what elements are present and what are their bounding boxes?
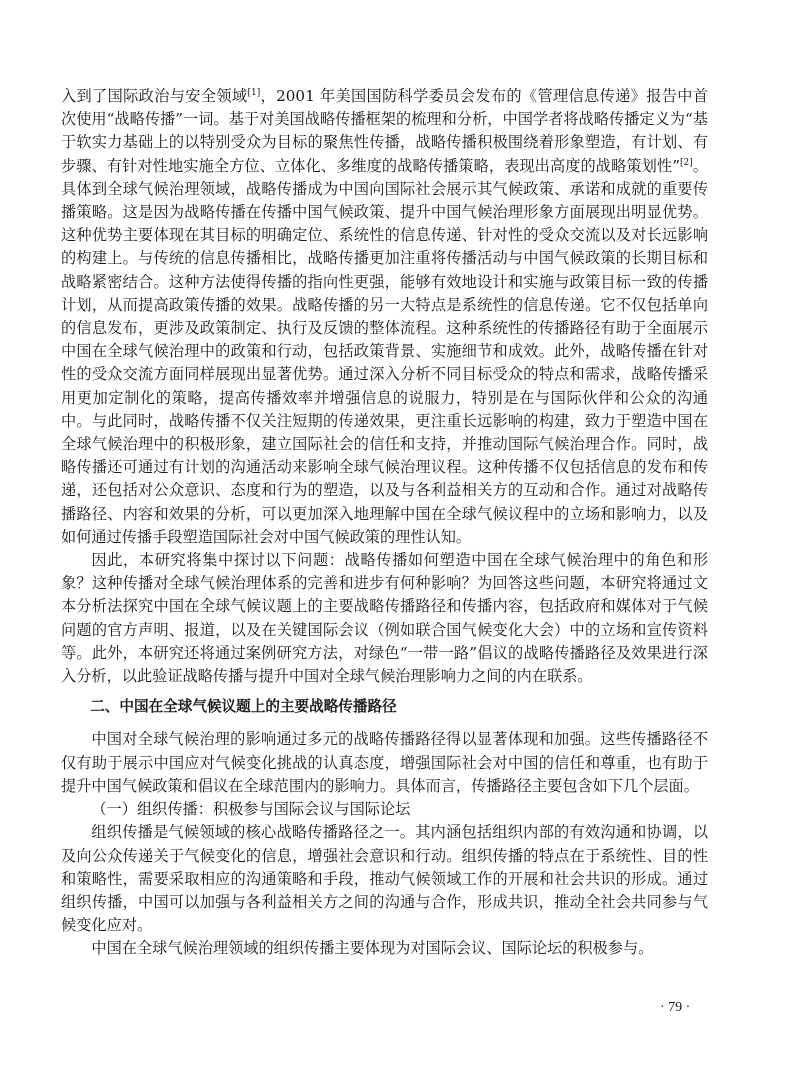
citation-ref-2: [2] [680,158,693,168]
document-page: 入到了国际政治与安全领域[1]，2001 年美国国防科学委员会发布的《管理信息传… [61,85,708,961]
page-number: · 79 · [660,1000,690,1016]
paragraph-research-questions: 因此，本研究将集中探讨以下问题：战略传播如何塑造中国在全球气候治理中的角色和形象… [61,549,708,688]
subsection-heading-1: （一）组织传播：积极参与国际会议与国际论坛 [61,798,708,821]
paragraph-intro-continued: 入到了国际政治与安全领域[1]，2001 年美国国防科学委员会发布的《管理信息传… [61,85,708,549]
paragraph-international-conferences: 中国在全球气候治理领域的组织传播主要体现为对国际会议、国际论坛的积极参与。 [61,937,708,960]
section-heading-2: 二、中国在全球气候议题上的主要战略传播路径 [61,695,708,718]
citation-ref-1: [1] [247,88,260,98]
paragraph-organizational-communication: 组织传播是气候领域的核心战略传播路径之一。其内涵包括组织内部的有效沟通和协调，以… [61,821,708,937]
paragraph-section-intro: 中国对全球气候治理的影响通过多元的战略传播路径得以显著体现和加强。这些传播路径不… [61,728,708,798]
